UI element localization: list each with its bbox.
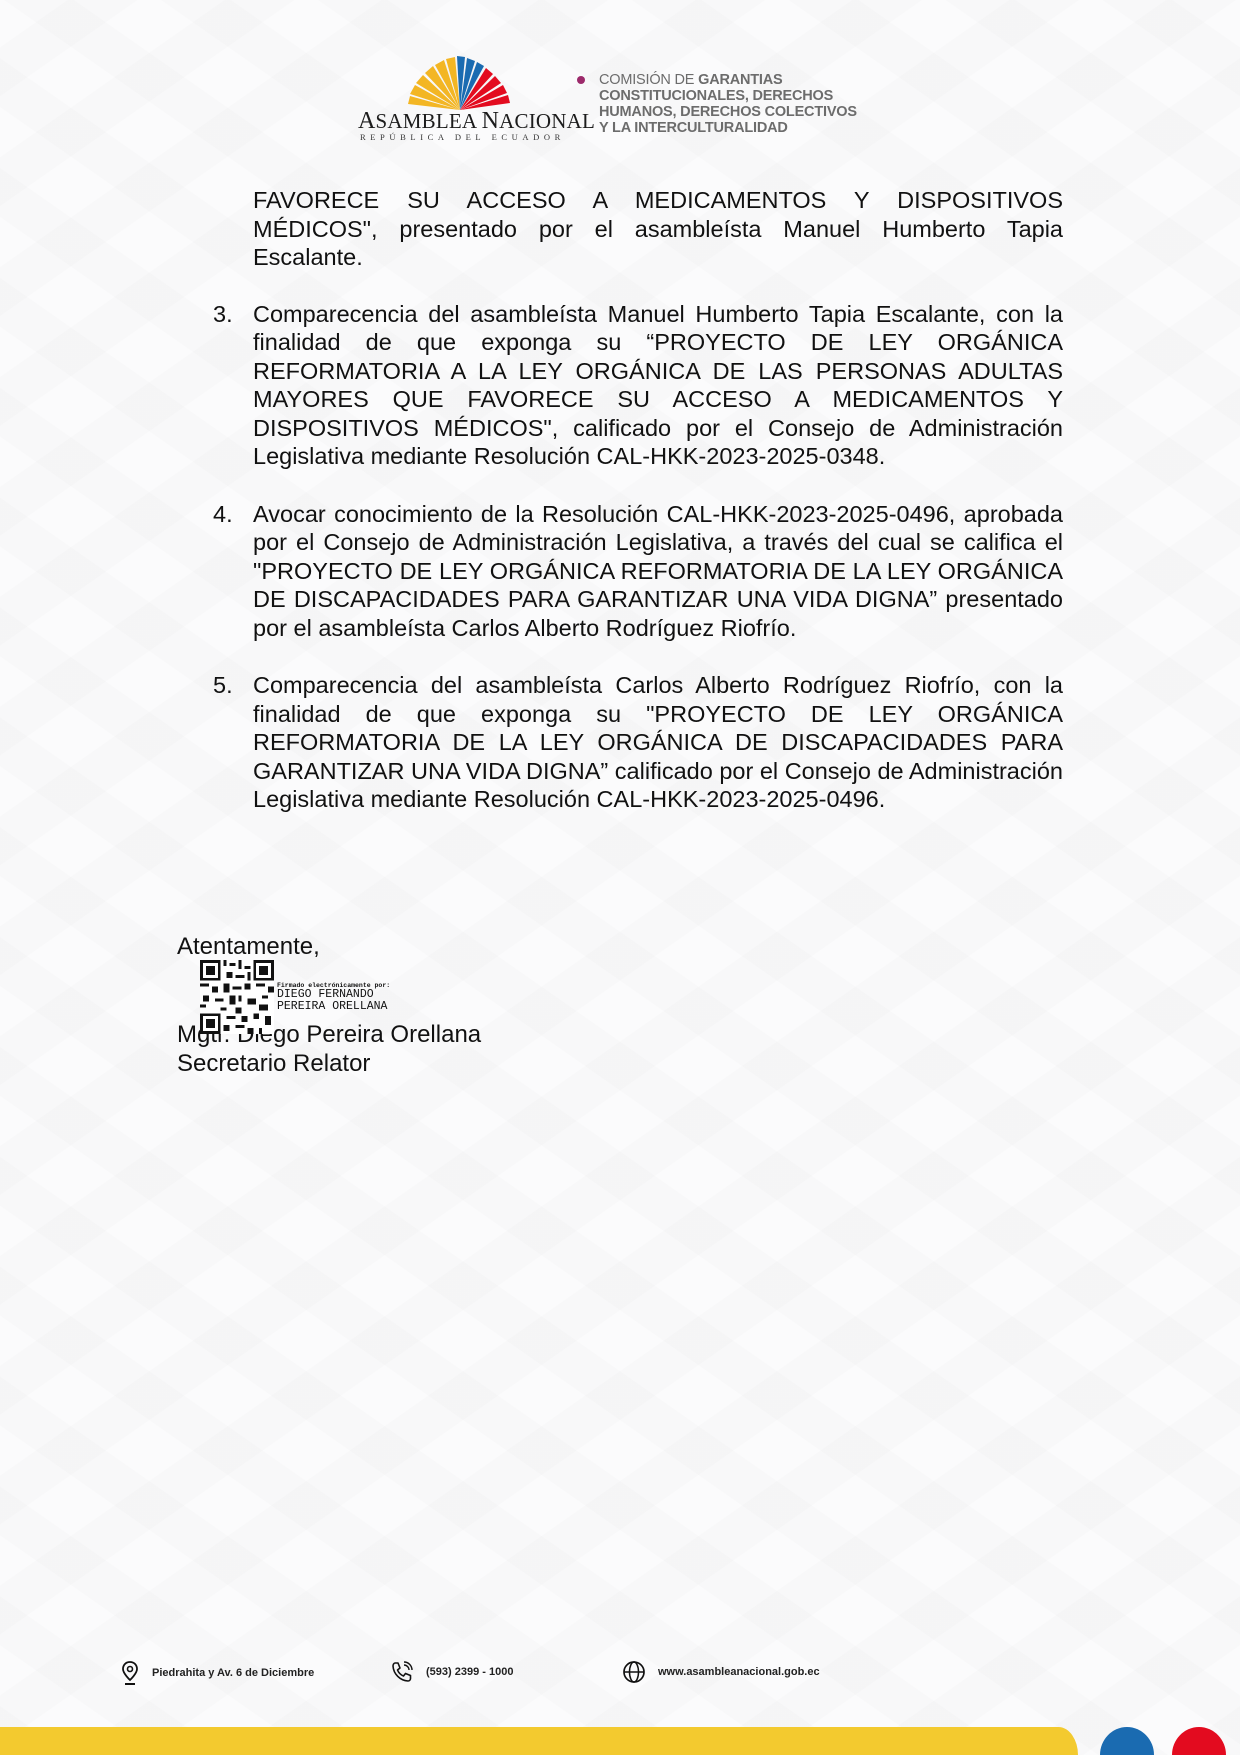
closing: Atentamente, <box>177 932 577 961</box>
feather-fan-icon <box>405 56 515 112</box>
globe-icon <box>622 1660 646 1684</box>
footer-red-shape <box>1172 1727 1226 1755</box>
continuation-paragraph: FAVORECE SU ACCESO A MEDICAMENTOS Y DISP… <box>253 186 1063 272</box>
item-number: 4. <box>213 500 233 529</box>
electronic-signature: Firmado electrónicamente por: DIEGO FERN… <box>200 960 460 1038</box>
footer-contact: Piedrahita y Av. 6 de Diciembre (593) 23… <box>120 1660 880 1690</box>
letterhead: ASAMBLEA NACIONAL REPÚBLICA DEL ECUADOR … <box>355 56 915 146</box>
agenda-item: 4. Avocar conocimiento de la Resolución … <box>213 500 1063 643</box>
agenda-item: 5. Comparecencia del asambleísta Carlos … <box>213 671 1063 814</box>
phone-icon <box>390 1660 414 1684</box>
commission-title: COMISIÓN DE GARANTIAS CONSTITUCIONALES, … <box>579 72 899 136</box>
bullet-dot-icon <box>577 76 585 84</box>
item-text: Comparecencia del asambleísta Carlos Alb… <box>253 672 1063 812</box>
footer-yellow-band <box>0 1727 1078 1755</box>
signer-title: Secretario Relator <box>177 1049 481 1078</box>
agenda-item: 3. Comparecencia del asambleísta Manuel … <box>213 300 1063 471</box>
agenda-list: 3. Comparecencia del asambleísta Manuel … <box>213 300 1063 814</box>
signature-text: Firmado electrónicamente por: DIEGO FERN… <box>277 982 390 1013</box>
footer-blue-shape <box>1100 1727 1154 1755</box>
footer-website[interactable]: www.asambleanacional.gob.ec <box>622 1660 820 1684</box>
item-number: 5. <box>213 671 233 700</box>
item-number: 3. <box>213 300 233 329</box>
footer-address: Piedrahita y Av. 6 de Diciembre <box>120 1660 314 1686</box>
footer-phone: (593) 2399 - 1000 <box>390 1660 513 1684</box>
qr-code-icon[interactable] <box>200 960 274 1034</box>
item-text: Avocar conocimiento de la Resolución CAL… <box>253 501 1063 641</box>
logo-title: ASAMBLEA NACIONAL <box>358 108 573 135</box>
document-body: FAVORECE SU ACCESO A MEDICAMENTOS Y DISP… <box>213 186 1063 843</box>
item-text: Comparecencia del asambleísta Manuel Hum… <box>253 301 1063 470</box>
location-pin-icon <box>120 1660 140 1686</box>
asamblea-nacional-logo: ASAMBLEA NACIONAL REPÚBLICA DEL ECUADOR <box>355 56 570 146</box>
logo-subtitle: REPÚBLICA DEL ECUADOR <box>360 132 572 142</box>
